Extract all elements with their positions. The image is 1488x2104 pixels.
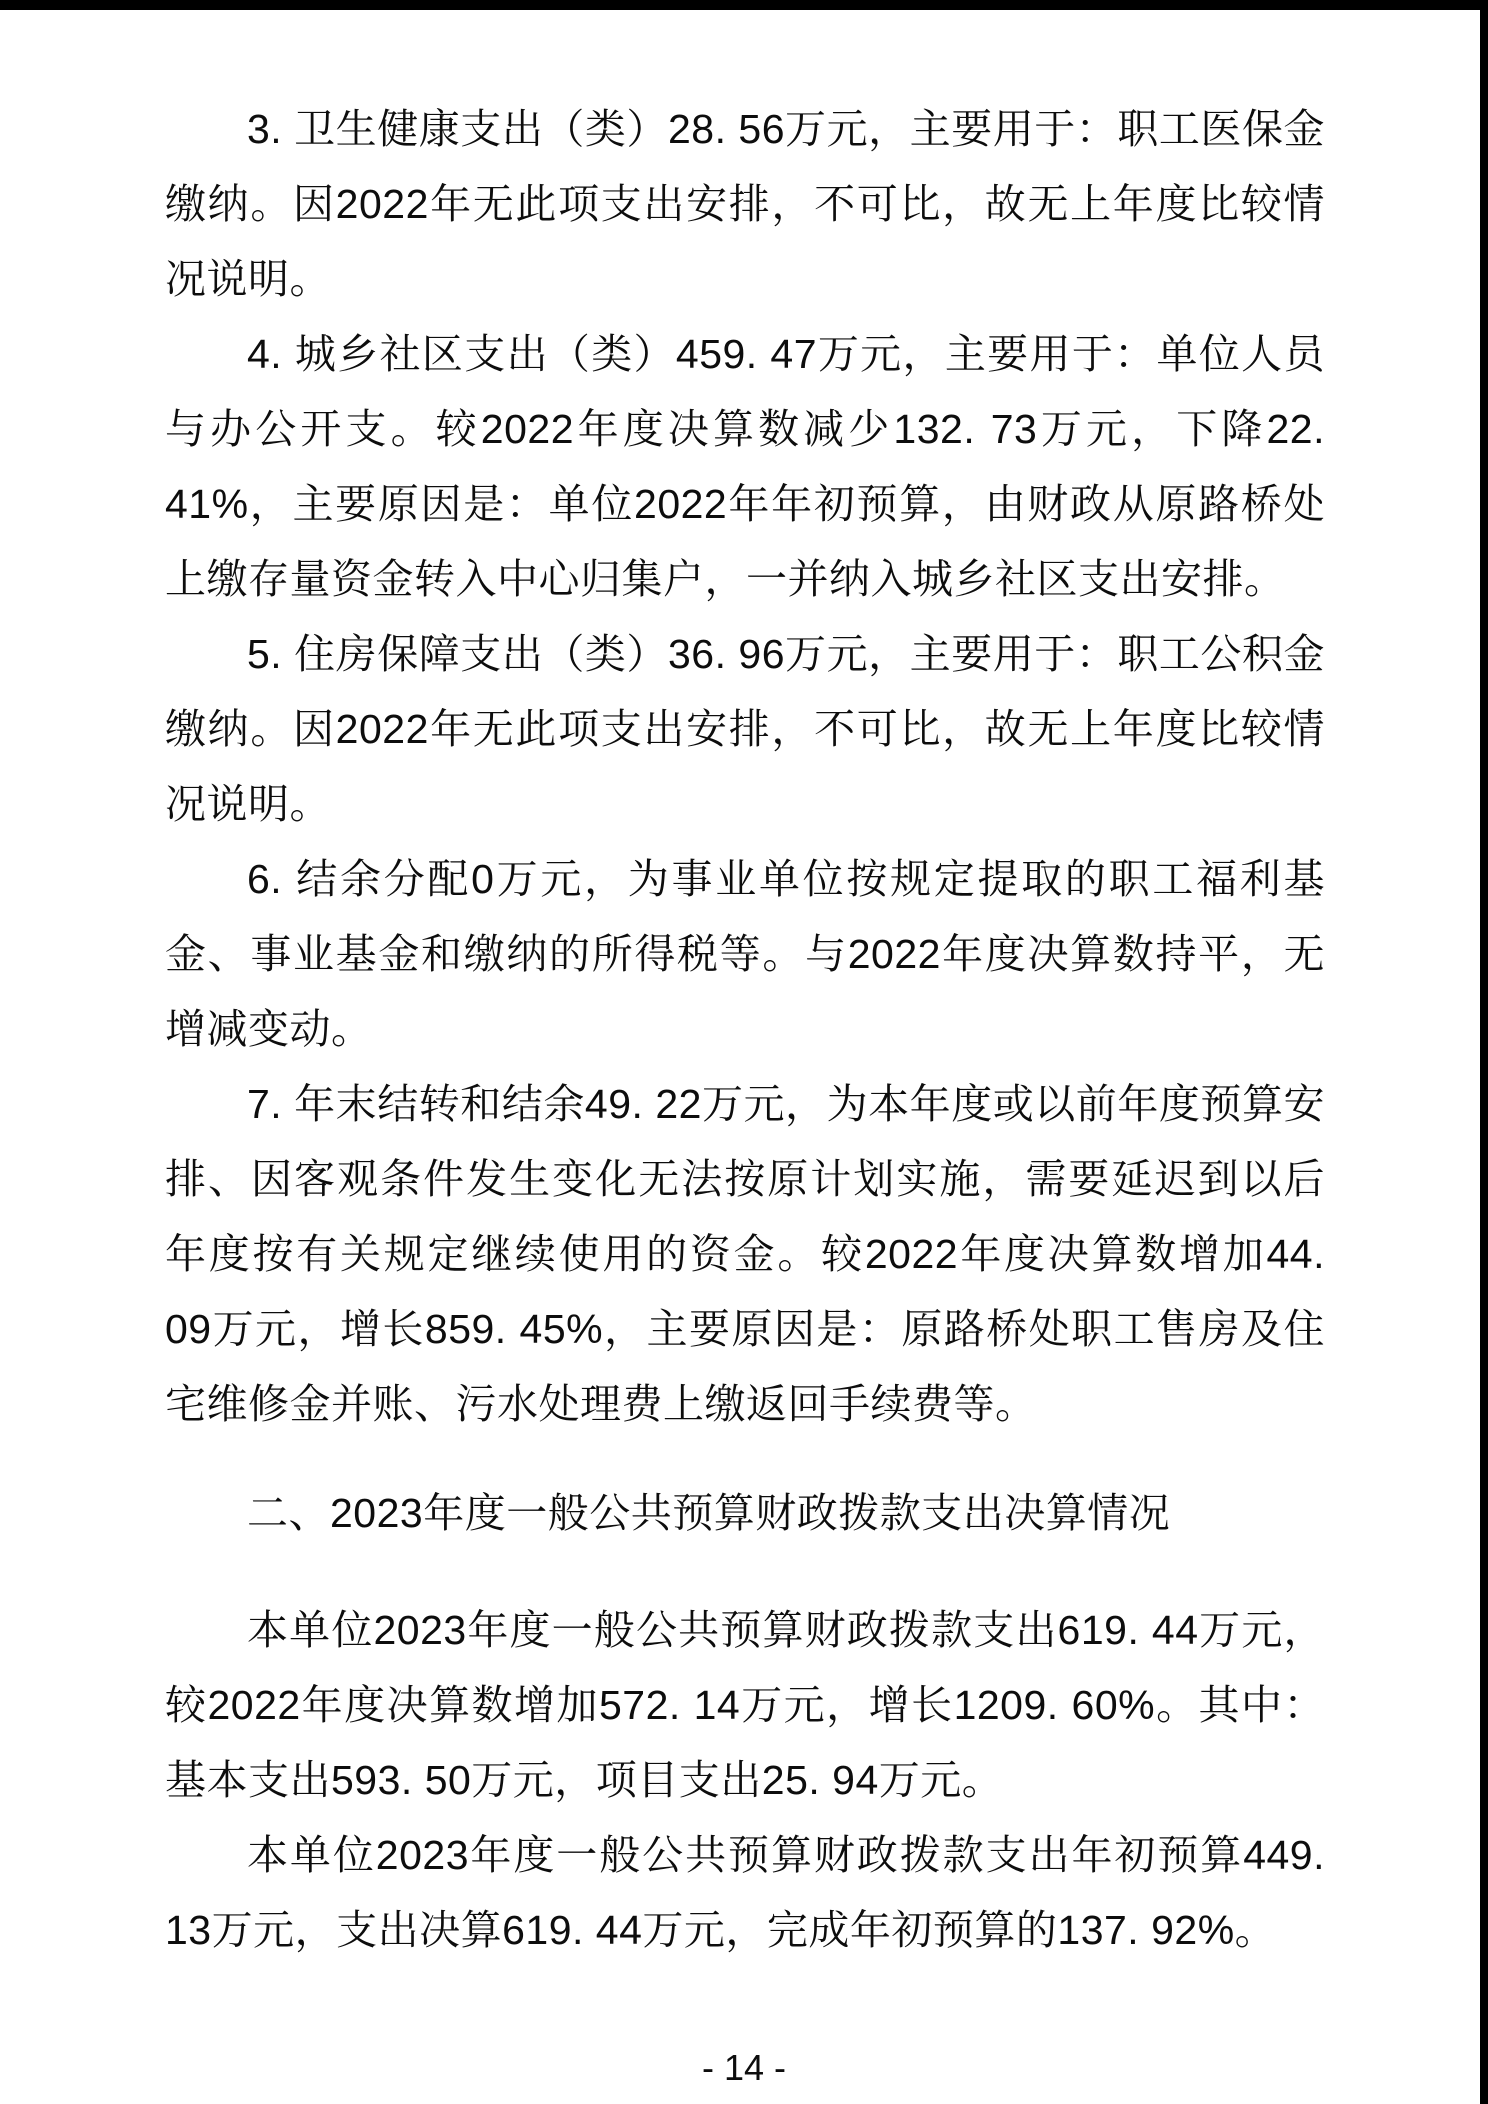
- page-number: - 14 -: [0, 2048, 1488, 2088]
- paragraph-year-end-carryover: 7. 年末结转和结余49. 22万元，为本年度或以前年度预算安排、因客观条件发生…: [165, 1067, 1325, 1442]
- paragraph-budget-completion: 本单位2023年度一般公共预算财政拨款支出年初预算449. 13万元，支出决算6…: [165, 1818, 1325, 1968]
- section-heading-2023-general-public-budget: 二、2023年度一般公共预算财政拨款支出决算情况: [165, 1476, 1325, 1551]
- document-page: 3. 卫生健康支出（类）28. 56万元，主要用于：职工医保金缴纳。因2022年…: [0, 0, 1488, 2104]
- paragraph-surplus-distribution: 6. 结余分配0万元，为事业单位按规定提取的职工福利基金、事业基金和缴纳的所得税…: [165, 842, 1325, 1067]
- paragraph-housing-security-expenditure: 5. 住房保障支出（类）36. 96万元，主要用于：职工公积金缴纳。因2022年…: [165, 617, 1325, 842]
- document-body: 3. 卫生健康支出（类）28. 56万元，主要用于：职工医保金缴纳。因2022年…: [0, 0, 1488, 1968]
- paragraph-budget-expenditure-total: 本单位2023年度一般公共预算财政拨款支出619. 44万元，较2022年度决算…: [165, 1593, 1325, 1818]
- paragraph-health-expenditure: 3. 卫生健康支出（类）28. 56万元，主要用于：职工医保金缴纳。因2022年…: [165, 92, 1325, 317]
- paragraph-urban-rural-community-expenditure: 4. 城乡社区支出（类）459. 47万元，主要用于：单位人员与办公开支。较20…: [165, 317, 1325, 617]
